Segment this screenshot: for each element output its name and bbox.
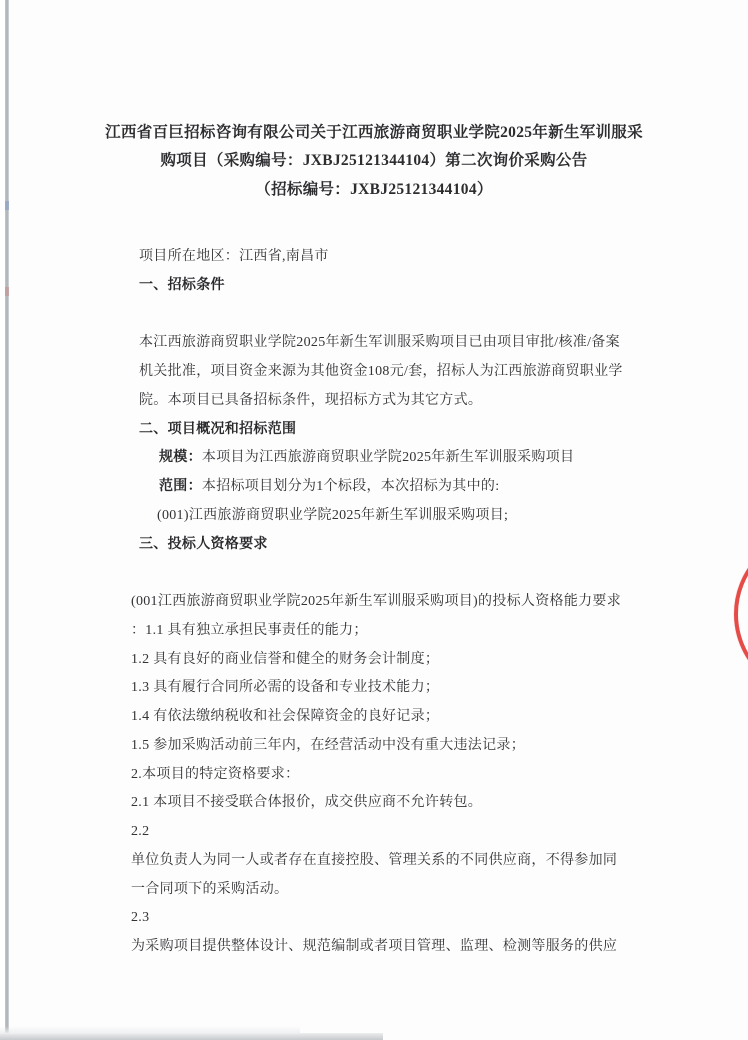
section-3-line: 1.5 参加采购活动前三年内，在经营活动中没有重大违法记录； [131, 732, 732, 761]
blank-line [131, 559, 732, 588]
section-3-line: 一合同项下的采购活动。 [131, 876, 732, 905]
document-title: 江西省百巨招标咨询有限公司关于江西旅游商贸职业学院2025年新生军训服采 购项目… [30, 119, 718, 204]
red-seal-edge [734, 531, 748, 697]
scan-page-edge-line [5, 0, 9, 1040]
lot-line: (001)江西旅游商贸职业学院2025年新生军训服采购项目; [131, 502, 732, 531]
title-line-3: （招标编号：JXBJ25121344104） [30, 176, 718, 204]
title-line-2: 购项目（采购编号：JXBJ25121344104）第二次询价采购公告 [30, 147, 718, 175]
scan-bottom-shadow-soft [0, 1026, 300, 1034]
project-location-line: 项目所在地区：江西省,南昌市 [131, 243, 732, 272]
scan-edge-mark-blue [5, 201, 9, 210]
section-3-line: ：1.1 具有独立承担民事责任的能力； [131, 617, 732, 646]
scope-line: 范围：本招标项目划分为1个标段，本次招标为其中的: [131, 473, 732, 502]
section-1-line: 院。本项目已具备招标条件，现招标方式为其它方式。 [131, 387, 732, 416]
section-2-heading: 二、项目概况和招标范围 [131, 416, 732, 445]
title-line-1: 江西省百巨招标咨询有限公司关于江西旅游商贸职业学院2025年新生军训服采 [30, 119, 718, 147]
section-3-line: 2.本项目的特定资格要求： [131, 761, 732, 790]
section-1-line: 机关批准，项目资金来源为其他资金108元/套，招标人为江西旅游商贸职业学 [131, 358, 732, 387]
scanned-document-page: 江西省百巨招标咨询有限公司关于江西旅游商贸职业学院2025年新生军训服采 购项目… [0, 0, 748, 1040]
scale-label: 规模： [159, 450, 202, 465]
document-body: 项目所在地区：江西省,南昌市 一、招标条件 本江西旅游商贸职业学院2025年新生… [131, 243, 732, 962]
scale-line: 规模：本项目为江西旅游商贸职业学院2025年新生军训服采购项目 [131, 444, 732, 473]
section-3-line: 1.4 有依法缴纳税收和社会保障资金的良好记录； [131, 703, 732, 732]
scope-text: 本招标项目划分为1个标段，本次招标为其中的: [202, 479, 500, 494]
section-3-line: 2.1 本项目不接受联合体报价，成交供应商不允许转包。 [131, 789, 732, 818]
blank-line [131, 301, 732, 330]
section-3-line: 为采购项目提供整体设计、规范编制或者项目管理、监理、检测等服务的供应 [131, 933, 732, 962]
section-3-heading: 三、投标人资格要求 [131, 531, 732, 560]
section-3-line: 1.2 具有良好的商业信誉和健全的财务会计制度； [131, 646, 732, 675]
section-1-line: 本江西旅游商贸职业学院2025年新生军训服采购项目已由项目审批/核准/备案 [131, 329, 732, 358]
section-1-heading: 一、招标条件 [131, 272, 732, 301]
scale-text: 本项目为江西旅游商贸职业学院2025年新生军训服采购项目 [202, 450, 574, 465]
scan-edge-mark-red [5, 287, 9, 296]
section-3-line: 2.2 [131, 818, 732, 847]
section-3-line: 单位负责人为同一人或者存在直接控股、管理关系的不同供应商，不得参加同 [131, 847, 732, 876]
section-3-line: (001江西旅游商贸职业学院2025年新生军训服采购项目)的投标人资格能力要求 [131, 588, 732, 617]
section-3-line: 1.3 具有履行合同所必需的设备和专业技术能力； [131, 674, 732, 703]
scan-bottom-shadow [0, 1033, 383, 1040]
scope-label: 范围： [159, 479, 202, 494]
section-3-line: 2.3 [131, 904, 732, 933]
